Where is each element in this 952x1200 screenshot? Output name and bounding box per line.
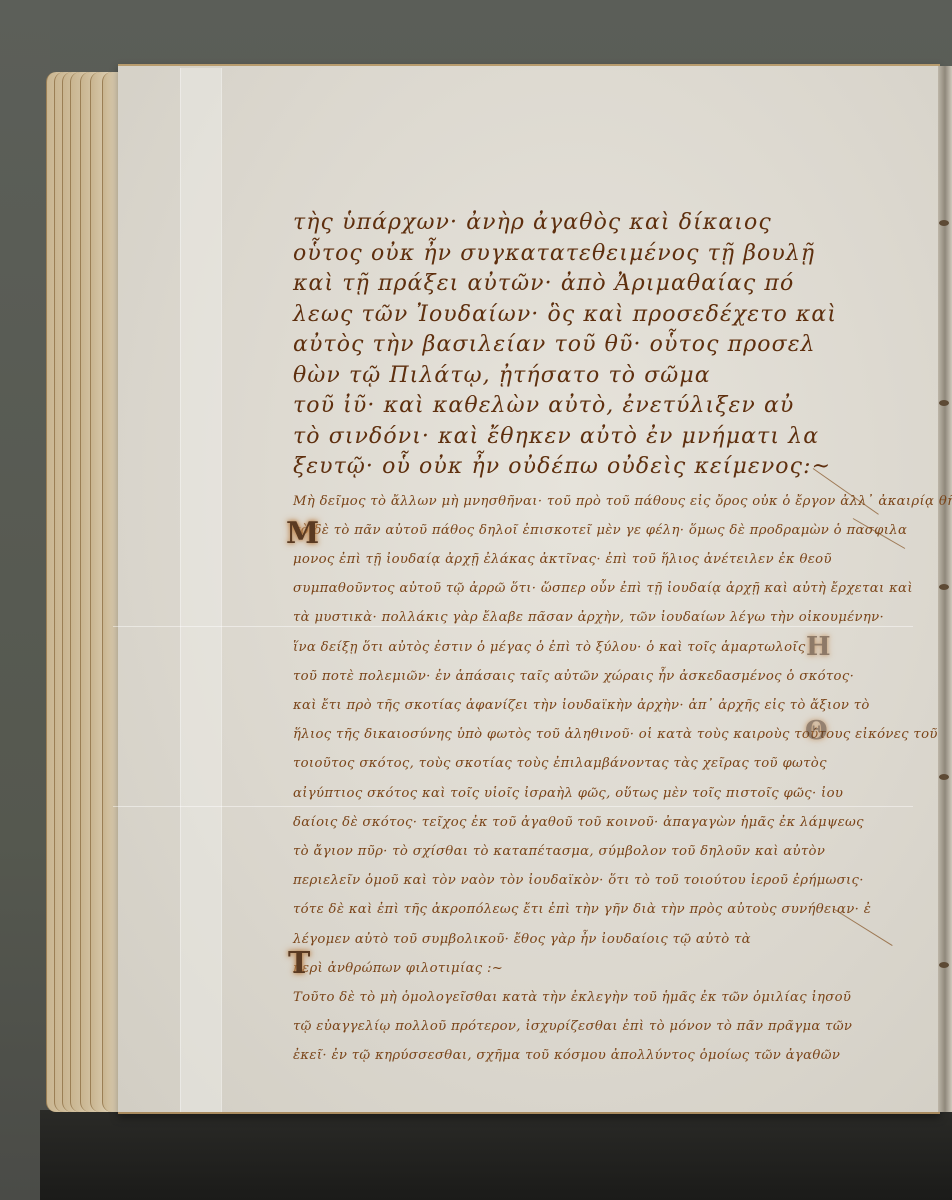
text-line: ξευτῷ· οὗ οὐκ ἦν οὐδέπω οὐδεὶς κείμενος:… [293,452,868,483]
text-line: Μὴ δεῖμος τὸ ἄλλων μὴ μνησθῆναι· τοῦ πρὸ… [293,487,868,516]
text-line: καὶ τῇ πράξει αὐτῶν· ἀπὸ Ἀριμαθαίας πό [293,269,868,300]
text-line: τὸ σινδόνι· καὶ ἔθηκεν αὐτὸ ἐν μνήματι λ… [293,422,868,453]
text-line: τῷ εὐαγγελίῳ πολλοῦ πρότερον, ἰσχυρίζεσθ… [293,1012,868,1041]
text-line: αὐτὸς τὴν βασιλείαν τοῦ θῦ· οὗτος προσελ [293,330,868,361]
text-line: περὶ ἀνθρώπων φιλοτιμίας :~ [293,954,868,983]
repair-tape-strip [180,68,222,1112]
decorated-initial-tau: Τ [288,946,310,981]
paragraph-commentary: Μὴ δεῖμος τὸ ἄλλων μὴ μνησθῆναι· τοῦ πρὸ… [293,487,868,983]
text-line: ἥλιος τῆς δικαιοσύνης ὑπὸ φωτὸς τοῦ ἀληθ… [293,720,868,749]
binding-stitch [939,584,949,590]
text-line: τὴς ὑπάρχων· ἀνὴρ ἀγαθὸς καὶ δίκαιος [293,208,868,239]
text-line: ἐκεῖ· ἐν τῷ κηρύσσεσθαι, σχῆμα τοῦ κόσμο… [293,1041,868,1070]
text-line: λέγομεν αὐτὸ τοῦ συμβολικοῦ· ἔθος γὰρ ἦν… [293,925,868,954]
text-line: τὰ μυστικὰ· πολλάκις γὰρ ἔλαβε πᾶσαν ἀρχ… [293,603,868,632]
text-line: συμπαθοῦντος αὐτοῦ τῷ ἀρρῶ ὅτι· ὥσπερ οὖ… [293,574,868,603]
binding-stitch [939,220,949,226]
decorated-initial-mu: Μ [286,516,319,551]
paragraph-commentary-2: Τοῦτο δὲ τὸ μὴ ὁμολογεῖσθαι κατὰ τὴν ἐκλ… [293,983,868,1071]
photograph-scene: τὴς ὑπάρχων· ἀνὴρ ἀγαθὸς καὶ δίκαιος οὗτ… [0,0,952,1200]
manuscript-page: τὴς ὑπάρχων· ἀνὴρ ἀγαθὸς καὶ δίκαιος οὗτ… [118,64,940,1114]
text-line: μονος ἐπὶ τῇ ἰουδαίᾳ ἀρχῇ ἐλάκας ἀκτῖνας… [293,545,868,574]
text-line: αἰγύπτιος σκότος καὶ τοῖς υἱοῖς ἰσραὴλ φ… [293,779,868,808]
binding-stitch [939,774,949,780]
manuscript-text: τὴς ὑπάρχων· ἀνὴρ ἀγαθὸς καὶ δίκαιος οὗτ… [293,208,868,1071]
text-line: περιελεῖν ὁμοῦ καὶ τὸν ναὸν τὸν ἰουδαϊκὸ… [293,866,868,895]
text-line: τὸ ἄγιον πῦρ· τὸ σχίσθαι τὸ καταπέτασμα,… [293,837,868,866]
text-line: τοῦ ποτὲ πολεμιῶν· ἐν ἁπάσαις ταῖς αὐτῶν… [293,662,868,691]
binding-stitch [939,962,949,968]
background-left [0,0,50,1200]
text-line: λεως τῶν Ἰουδαίων· ὃς καὶ προσεδέχετο κα… [293,300,868,331]
text-line: τὸ δὲ τὸ πᾶν αὐτοῦ πάθος δηλοῖ ἐπισκοτεῖ… [293,516,868,545]
text-line: καὶ ἔτι πρὸ τῆς σκοτίας ἀφανίζει τὴν ἰου… [293,691,868,720]
paragraph-large-script: τὴς ὑπάρχων· ἀνὴρ ἀγαθὸς καὶ δίκαιος οὗτ… [293,208,868,483]
text-line: τοῦ ἰῦ· καὶ καθελὼν αὐτὸ, ἐνετύλιξεν αὐ [293,391,868,422]
text-line: οὗτος οὐκ ἦν συγκατατεθειμένος τῇ βουλῇ [293,239,868,270]
text-line: τότε δὲ καὶ ἐπὶ τῆς ἀκροπόλεως ἔτι ἐπὶ τ… [293,895,868,924]
text-line: δαίοις δὲ σκότος· τεῖχος ἐκ τοῦ ἀγαθοῦ τ… [293,808,868,837]
offset-initial-eta: Η [806,632,831,662]
text-line: ἵνα δείξῃ ὅτι αὐτὸς ἐστιν ὁ μέγας ὁ ἐπὶ … [293,633,868,662]
offset-initial-theta: Θ [805,716,828,746]
text-line: τοιοῦτος σκότος, τοὺς σκοτίας τοὺς ἐπιλα… [293,749,868,778]
text-line: θὼν τῷ Πιλάτῳ, ᾐτήσατο τὸ σῶμα [293,361,868,392]
binding-stitch [939,400,949,406]
background-shadow [40,1110,952,1200]
text-line: Τοῦτο δὲ τὸ μὴ ὁμολογεῖσθαι κατὰ τὴν ἐκλ… [293,983,868,1012]
